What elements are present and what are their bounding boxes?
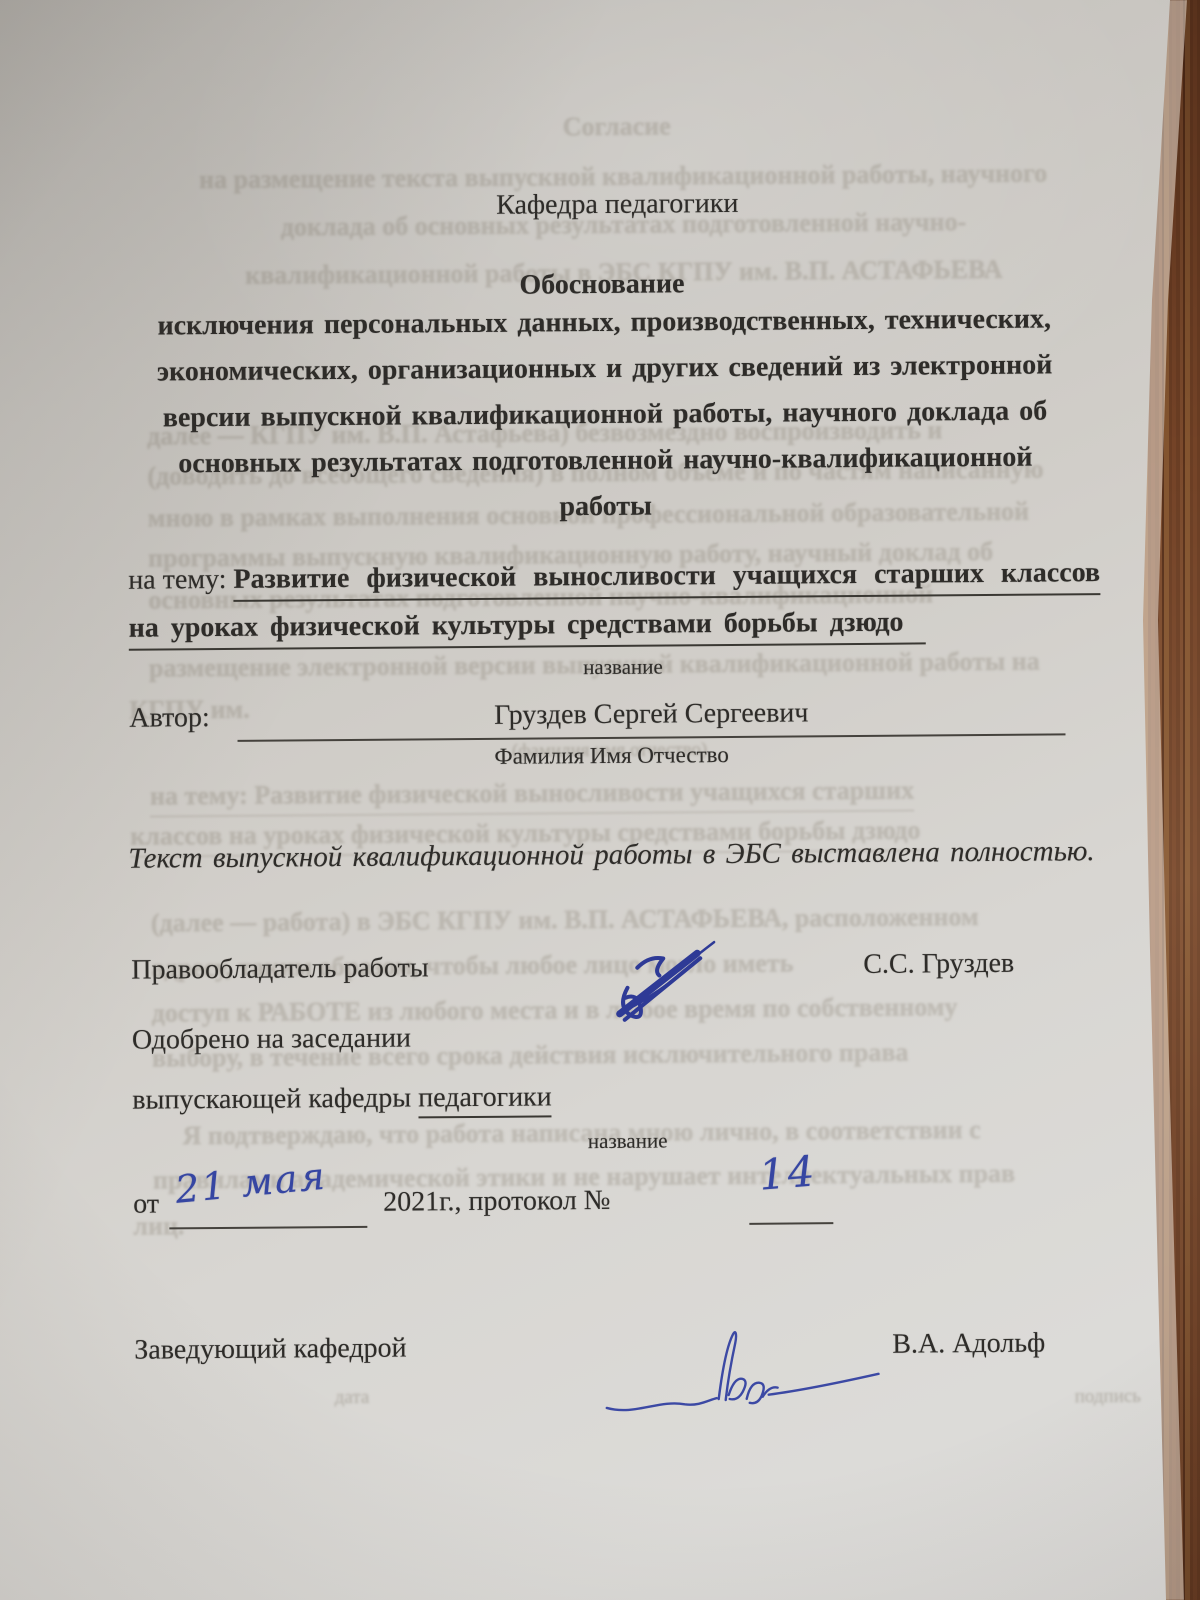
author-caption: Фамилия Имя Отчество [494, 741, 729, 771]
theme-title-part2: на уроках физической культуры средствами… [129, 606, 926, 650]
head-label: Заведующий кафедрой [134, 1330, 407, 1370]
ghost-line: Согласие [563, 111, 671, 142]
body-line: экономических, организационных и других … [157, 346, 1053, 391]
theme-line-1: на тему: Развитие физической выносливост… [128, 554, 1100, 600]
ghost-caption-date: дата [335, 1387, 370, 1409]
ghost-line: (далее — работа) в ЭБС КГПУ им. В.П. АСТ… [151, 902, 979, 939]
document-photo: Согласие на размещение текста выпускной … [0, 0, 1200, 1600]
handwritten-date: 21 мая [173, 1154, 328, 1212]
ghost-line: Я подтверждаю, что работа написана мною … [183, 1115, 981, 1151]
caption-name-2: название [588, 1127, 668, 1154]
theme-line-2: на уроках физической культуры средствами… [128, 603, 925, 647]
theme-prefix: на тему: [128, 564, 233, 596]
ghost-caption-signature: подпись [1075, 1386, 1141, 1409]
approved-department: педагогики [418, 1081, 552, 1118]
head-name: В.А. Адольф [892, 1325, 1045, 1364]
body-line: версии выпускной квалификационной работы… [163, 392, 1048, 437]
rightsholder-name: С.С. Груздев [863, 945, 1014, 984]
author-name: Груздев Сергей Сергеевич [237, 692, 1065, 737]
approved-prefix: выпускающей кафедры [132, 1082, 418, 1115]
date-prefix: от [133, 1185, 159, 1223]
head-signature [596, 1286, 897, 1420]
body-line: работы [559, 488, 652, 527]
document-heading: Обоснование [519, 265, 684, 304]
department-line: Кафедра педагогики [496, 185, 738, 225]
ghost-line: на тему: Развитие физической выносливост… [150, 776, 914, 818]
body-line: основных результатах подготовленной науч… [178, 439, 1032, 484]
date-underline [169, 1226, 367, 1230]
ebs-statement: Текст выпускной квалификационной работы … [128, 832, 1094, 878]
body-line: исключения персональных данных, производ… [157, 300, 1051, 345]
author-label: Автор: [129, 699, 210, 738]
approved-line-1: Одобрено на заседании [132, 1019, 411, 1059]
theme-title-part1: Развитие физической выносливости учащихс… [233, 557, 1100, 602]
page-content: Согласие на размещение текста выпускной … [0, 0, 1200, 1600]
approved-line-2: выпускающей кафедры педагогики [132, 1078, 552, 1119]
handwritten-protocol-number: 14 [757, 1146, 818, 1199]
rightsholder-signature [597, 915, 718, 1034]
date-suffix: 2021г., протокол № [383, 1182, 611, 1222]
protocol-underline [749, 1222, 833, 1225]
caption-name-1: название [583, 654, 663, 681]
rightsholder-label: Правообладатель работы [131, 949, 429, 989]
